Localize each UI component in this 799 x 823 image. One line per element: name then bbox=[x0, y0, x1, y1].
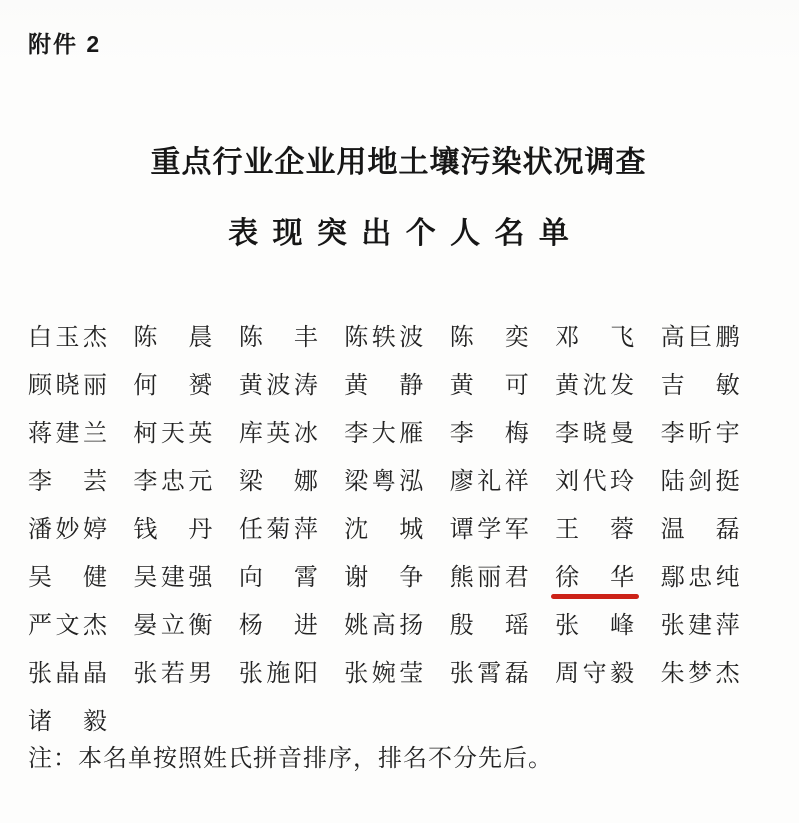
person-name-char: 熊 bbox=[450, 566, 474, 590]
person-name-char: 高 bbox=[661, 326, 685, 350]
person-name-char: 柯 bbox=[133, 422, 157, 446]
person-name: 廖礼祥 bbox=[450, 469, 529, 494]
title-line-1: 重点行业企业用地土壤污染状况调查 bbox=[28, 137, 769, 181]
person-name-char: 陈 bbox=[450, 326, 474, 350]
person-name-char: 晏 bbox=[133, 614, 157, 638]
person-name: 张施阳 bbox=[239, 661, 318, 686]
person-name: 钱丹 bbox=[133, 517, 212, 542]
person-name-char: 芸 bbox=[83, 470, 107, 494]
person-name: 温磊 bbox=[661, 517, 740, 542]
person-name: 李大雁 bbox=[344, 421, 423, 446]
person-name-char: 剑 bbox=[688, 470, 712, 494]
person-name-char: 吴 bbox=[133, 566, 157, 590]
person-name-char: 张 bbox=[661, 614, 685, 638]
person-name-char: 婷 bbox=[83, 518, 107, 542]
person-name: 朱梦杰 bbox=[661, 661, 740, 686]
person-name-char: 轶 bbox=[372, 326, 396, 350]
person-name: 李昕宇 bbox=[661, 421, 740, 446]
person-name: 鄢忠纯 bbox=[661, 565, 740, 590]
person-name: 严文杰 bbox=[28, 613, 107, 638]
person-name-char: 蓉 bbox=[610, 518, 634, 542]
person-name-char: 冰 bbox=[294, 422, 318, 446]
person-name-char: 杨 bbox=[239, 614, 263, 638]
person-name: 吉敏 bbox=[661, 373, 740, 398]
person-name-char: 祥 bbox=[505, 470, 529, 494]
person-name-char: 李 bbox=[344, 422, 368, 446]
person-name: 高巨鹏 bbox=[661, 325, 740, 350]
person-name-char: 波 bbox=[399, 326, 423, 350]
person-name-char: 霄 bbox=[294, 566, 318, 590]
person-name-char: 发 bbox=[610, 374, 634, 398]
person-name-char: 李 bbox=[450, 422, 474, 446]
person-name-char: 忠 bbox=[161, 470, 185, 494]
person-name-char: 男 bbox=[188, 662, 212, 686]
person-name-char: 萍 bbox=[716, 614, 740, 638]
person-name-char: 静 bbox=[399, 374, 423, 398]
person-name-char: 巨 bbox=[688, 326, 712, 350]
person-name-char: 黄 bbox=[239, 374, 263, 398]
person-name-char: 陆 bbox=[661, 470, 685, 494]
person-name-char: 黄 bbox=[450, 374, 474, 398]
person-name: 杨进 bbox=[239, 613, 318, 638]
person-name-char: 向 bbox=[239, 566, 263, 590]
person-name-char: 玉 bbox=[56, 326, 80, 350]
person-name-char: 菊 bbox=[266, 518, 290, 542]
person-name-char: 梦 bbox=[688, 662, 712, 686]
person-name-char: 学 bbox=[477, 518, 501, 542]
person-name: 柯天英 bbox=[133, 421, 212, 446]
person-name-char: 张 bbox=[344, 662, 368, 686]
person-name: 谭学军 bbox=[450, 517, 529, 542]
person-name-char: 施 bbox=[266, 662, 290, 686]
person-name-char: 何 bbox=[133, 374, 157, 398]
person-name-char: 赟 bbox=[188, 374, 212, 398]
person-name-char: 晨 bbox=[188, 326, 212, 350]
person-name: 李梅 bbox=[450, 421, 529, 446]
person-name: 徐华 bbox=[555, 565, 634, 590]
person-name-char: 李 bbox=[661, 422, 685, 446]
person-name-char: 立 bbox=[161, 614, 185, 638]
person-name: 库英冰 bbox=[239, 421, 318, 446]
person-name: 梁娜 bbox=[239, 469, 318, 494]
person-name-char: 霄 bbox=[477, 662, 501, 686]
person-name: 梁粤泓 bbox=[344, 469, 423, 494]
person-name: 张晶晶 bbox=[28, 661, 107, 686]
person-name-char: 廖 bbox=[450, 470, 474, 494]
person-name: 吴建强 bbox=[133, 565, 212, 590]
person-name: 刘代玲 bbox=[555, 469, 634, 494]
person-name-char: 陈 bbox=[133, 326, 157, 350]
person-name: 陈奕 bbox=[450, 325, 529, 350]
person-name: 张峰 bbox=[555, 613, 634, 638]
person-name-char: 若 bbox=[161, 662, 185, 686]
person-name-char: 磊 bbox=[505, 662, 529, 686]
person-name-char: 张 bbox=[450, 662, 474, 686]
person-name: 周守毅 bbox=[555, 661, 634, 686]
person-name: 张若男 bbox=[133, 661, 212, 686]
person-name: 任菊萍 bbox=[239, 517, 318, 542]
person-name-char: 姚 bbox=[344, 614, 368, 638]
person-name-char: 文 bbox=[56, 614, 80, 638]
person-name-char: 萍 bbox=[294, 518, 318, 542]
person-name-char: 陈 bbox=[344, 326, 368, 350]
person-name-char: 黄 bbox=[344, 374, 368, 398]
person-name-char: 梅 bbox=[505, 422, 529, 446]
person-name-char: 天 bbox=[161, 422, 185, 446]
person-name-char: 梁 bbox=[344, 470, 368, 494]
person-name-char: 张 bbox=[133, 662, 157, 686]
person-name-char: 朱 bbox=[661, 662, 685, 686]
person-name-char: 华 bbox=[610, 566, 634, 590]
person-name: 谢争 bbox=[344, 565, 423, 590]
person-name: 陈晨 bbox=[133, 325, 212, 350]
person-name-char: 衡 bbox=[188, 614, 212, 638]
person-name-char: 奕 bbox=[505, 326, 529, 350]
person-name: 熊丽君 bbox=[450, 565, 529, 590]
person-name-char: 娜 bbox=[294, 470, 318, 494]
person-name: 沈城 bbox=[344, 517, 423, 542]
person-name-char: 梁 bbox=[239, 470, 263, 494]
person-name-char: 建 bbox=[56, 422, 80, 446]
person-name-char: 晶 bbox=[83, 662, 107, 686]
person-name-char: 元 bbox=[188, 470, 212, 494]
person-name-char: 刘 bbox=[555, 470, 579, 494]
person-name-char: 张 bbox=[555, 614, 579, 638]
person-name-char: 磊 bbox=[716, 518, 740, 542]
person-name: 张婉莹 bbox=[344, 661, 423, 686]
person-name-char: 杰 bbox=[83, 614, 107, 638]
person-name-char: 强 bbox=[188, 566, 212, 590]
person-name-char: 军 bbox=[505, 518, 529, 542]
person-name-char: 礼 bbox=[477, 470, 501, 494]
person-name: 李忠元 bbox=[133, 469, 212, 494]
person-name: 潘妙婷 bbox=[28, 517, 107, 542]
person-name: 晏立衡 bbox=[133, 613, 212, 638]
person-name-char: 健 bbox=[83, 566, 107, 590]
person-name-char: 温 bbox=[661, 518, 685, 542]
person-name-char: 婉 bbox=[372, 662, 396, 686]
person-name-char: 谢 bbox=[344, 566, 368, 590]
person-name: 诸毅 bbox=[28, 709, 107, 734]
person-name-char: 丹 bbox=[188, 518, 212, 542]
person-name-char: 雁 bbox=[399, 422, 423, 446]
person-name-char: 徐 bbox=[555, 566, 579, 590]
person-name-char: 晓 bbox=[56, 374, 80, 398]
person-name-char: 宇 bbox=[716, 422, 740, 446]
person-name-char: 毅 bbox=[610, 662, 634, 686]
footer-note: 注：本名单按照姓氏拼音排序，排名不分先后。 bbox=[28, 738, 553, 773]
person-name: 向霄 bbox=[239, 565, 318, 590]
person-name-char: 丽 bbox=[477, 566, 501, 590]
person-name-char: 任 bbox=[239, 518, 263, 542]
person-name-char: 李 bbox=[555, 422, 579, 446]
person-name-char: 阳 bbox=[294, 662, 318, 686]
person-name-char: 潘 bbox=[28, 518, 52, 542]
name-list-grid: 白玉杰陈晨陈丰陈轶波陈奕邓飞高巨鹏顾晓丽何赟黄波涛黄静黄可黄沈发吉敏蒋建兰柯天英… bbox=[28, 325, 766, 734]
person-name-char: 丰 bbox=[294, 326, 318, 350]
person-name: 陈轶波 bbox=[344, 325, 423, 350]
person-name-char: 泓 bbox=[399, 470, 423, 494]
person-name-char: 丽 bbox=[83, 374, 107, 398]
person-name: 陆剑挺 bbox=[661, 469, 740, 494]
person-name-char: 妙 bbox=[56, 518, 80, 542]
person-name-char: 英 bbox=[188, 422, 212, 446]
person-name-char: 兰 bbox=[83, 422, 107, 446]
person-name-char: 守 bbox=[583, 662, 607, 686]
person-name-char: 沈 bbox=[583, 374, 607, 398]
person-name-char: 钱 bbox=[133, 518, 157, 542]
person-name-char: 英 bbox=[266, 422, 290, 446]
person-name-char: 代 bbox=[583, 470, 607, 494]
person-name-char: 争 bbox=[399, 566, 423, 590]
person-name: 黄波涛 bbox=[239, 373, 318, 398]
person-name: 陈丰 bbox=[239, 325, 318, 350]
person-name-char: 挺 bbox=[716, 470, 740, 494]
document-title: 重点行业企业用地土壤污染状况调查 表现突出个人名单 bbox=[28, 137, 769, 252]
person-name: 张建萍 bbox=[661, 613, 740, 638]
person-name-char: 波 bbox=[266, 374, 290, 398]
person-name-char: 白 bbox=[28, 326, 52, 350]
person-name: 黄沈发 bbox=[555, 373, 634, 398]
person-name-char: 建 bbox=[688, 614, 712, 638]
person-name: 吴健 bbox=[28, 565, 107, 590]
person-name: 何赟 bbox=[133, 373, 212, 398]
person-name-char: 晓 bbox=[583, 422, 607, 446]
person-name-char: 毅 bbox=[83, 710, 107, 734]
person-name: 李芸 bbox=[28, 469, 107, 494]
person-name-char: 王 bbox=[555, 518, 579, 542]
person-name: 白玉杰 bbox=[28, 325, 107, 350]
person-name-char: 黄 bbox=[555, 374, 579, 398]
person-name-char: 杰 bbox=[716, 662, 740, 686]
person-name-char: 莹 bbox=[399, 662, 423, 686]
person-name-char: 周 bbox=[555, 662, 579, 686]
person-name: 李晓曼 bbox=[555, 421, 634, 446]
person-name-char: 吴 bbox=[28, 566, 52, 590]
person-name-char: 李 bbox=[133, 470, 157, 494]
person-name-char: 可 bbox=[505, 374, 529, 398]
person-name-char: 城 bbox=[399, 518, 423, 542]
person-name-char: 扬 bbox=[399, 614, 423, 638]
person-name: 蒋建兰 bbox=[28, 421, 107, 446]
document-page: 附件 2 重点行业企业用地土壤污染状况调查 表现突出个人名单 白玉杰陈晨陈丰陈轶… bbox=[0, 0, 799, 823]
person-name-char: 建 bbox=[161, 566, 185, 590]
person-name-char: 殷 bbox=[450, 614, 474, 638]
person-name-char: 杰 bbox=[83, 326, 107, 350]
person-name-char: 严 bbox=[28, 614, 52, 638]
person-name-char: 纯 bbox=[716, 566, 740, 590]
person-name-char: 鹏 bbox=[716, 326, 740, 350]
person-name-char: 昕 bbox=[688, 422, 712, 446]
person-name-char: 粤 bbox=[372, 470, 396, 494]
person-name-char: 库 bbox=[239, 422, 263, 446]
person-name-char: 瑶 bbox=[505, 614, 529, 638]
person-name-char: 李 bbox=[28, 470, 52, 494]
person-name-char: 峰 bbox=[610, 614, 634, 638]
person-name-char: 君 bbox=[505, 566, 529, 590]
person-name: 邓飞 bbox=[555, 325, 634, 350]
person-name-char: 高 bbox=[372, 614, 396, 638]
person-name-char: 沈 bbox=[344, 518, 368, 542]
person-name-char: 进 bbox=[294, 614, 318, 638]
person-name: 王蓉 bbox=[555, 517, 634, 542]
person-name: 张霄磊 bbox=[450, 661, 529, 686]
person-name-char: 诸 bbox=[28, 710, 52, 734]
person-name: 黄静 bbox=[344, 373, 423, 398]
title-line-2: 表现突出个人名单 bbox=[28, 208, 769, 252]
person-name: 姚高扬 bbox=[344, 613, 423, 638]
person-name-char: 谭 bbox=[450, 518, 474, 542]
person-name-char: 张 bbox=[28, 662, 52, 686]
person-name-char: 曼 bbox=[610, 422, 634, 446]
person-name: 黄可 bbox=[450, 373, 529, 398]
person-name-char: 忠 bbox=[688, 566, 712, 590]
red-underline-mark bbox=[551, 594, 639, 599]
person-name-char: 玲 bbox=[610, 470, 634, 494]
person-name-char: 飞 bbox=[610, 326, 634, 350]
person-name-char: 吉 bbox=[661, 374, 685, 398]
person-name-char: 鄢 bbox=[661, 566, 685, 590]
person-name-char: 大 bbox=[372, 422, 396, 446]
person-name-char: 蒋 bbox=[28, 422, 52, 446]
person-name-char: 顾 bbox=[28, 374, 52, 398]
attachment-label: 附件 2 bbox=[28, 26, 769, 59]
person-name-char: 晶 bbox=[56, 662, 80, 686]
person-name-char: 邓 bbox=[555, 326, 579, 350]
person-name-char: 张 bbox=[239, 662, 263, 686]
person-name-char: 陈 bbox=[239, 326, 263, 350]
person-name: 顾晓丽 bbox=[28, 373, 107, 398]
person-name: 殷瑶 bbox=[450, 613, 529, 638]
person-name-char: 敏 bbox=[716, 374, 740, 398]
person-name-char: 涛 bbox=[294, 374, 318, 398]
